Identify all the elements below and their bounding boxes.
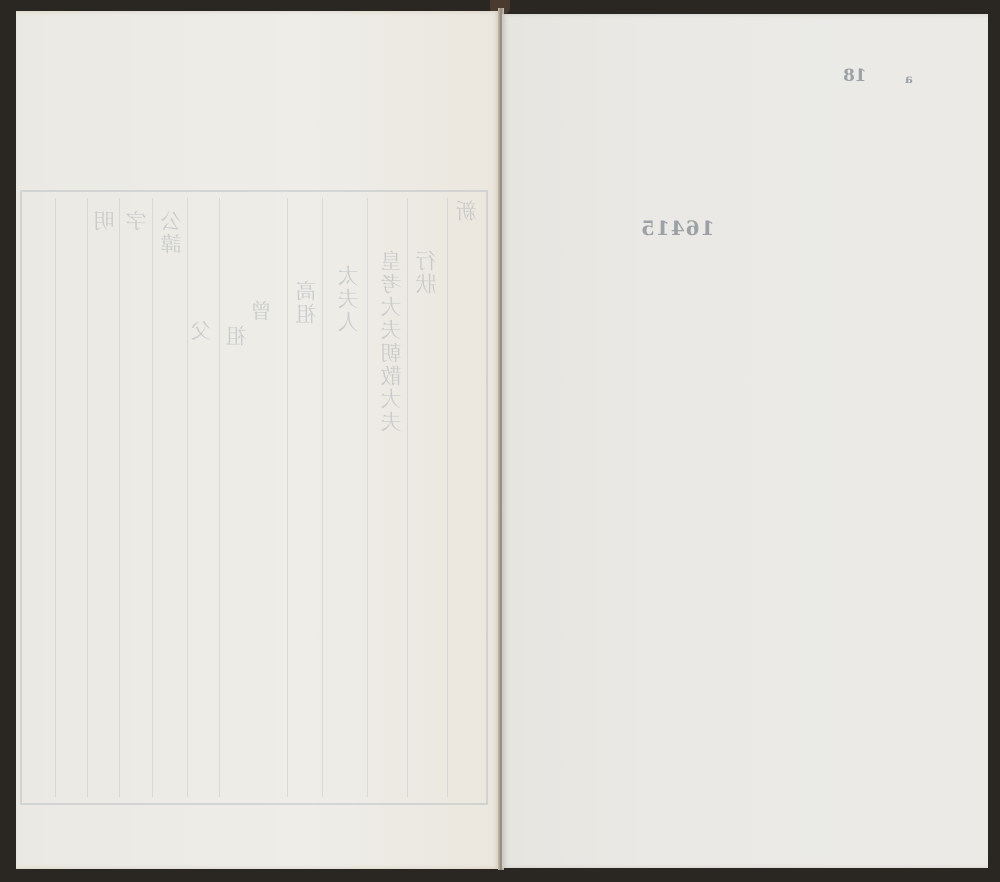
text-column: 明 bbox=[95, 210, 116, 233]
text-column: 父 bbox=[192, 320, 213, 343]
column-rule bbox=[87, 198, 88, 797]
right-page bbox=[502, 14, 988, 868]
book-spread: 新 行狀 皇考大夫朝散大夫 太夫人 高祖 曾 祖 父 公諱 字 明 18 a 1… bbox=[0, 0, 1000, 882]
column-rule bbox=[55, 198, 56, 797]
catalog-number-mark: 16415 bbox=[640, 216, 715, 240]
column-rule bbox=[407, 198, 408, 797]
text-column: 公諱 bbox=[162, 210, 183, 256]
column-rule bbox=[447, 198, 448, 797]
text-column: 字 bbox=[127, 210, 148, 233]
text-column: 祖 bbox=[227, 325, 248, 348]
page-number-mark: 18 bbox=[843, 66, 867, 86]
column-rule bbox=[219, 198, 220, 797]
text-column: 行狀 bbox=[417, 250, 438, 296]
text-column: 新 bbox=[457, 200, 478, 223]
text-column: 曾 bbox=[252, 300, 273, 323]
column-rule bbox=[152, 198, 153, 797]
column-rule bbox=[119, 198, 120, 797]
show-through-text-block: 新 行狀 皇考大夫朝散大夫 太夫人 高祖 曾 祖 父 公諱 字 明 bbox=[20, 190, 488, 805]
column-rule bbox=[187, 198, 188, 797]
column-rule bbox=[367, 198, 368, 797]
text-column: 高祖 bbox=[297, 280, 318, 326]
small-mark: a bbox=[905, 72, 913, 86]
text-column: 太夫人 bbox=[339, 265, 360, 334]
column-rule bbox=[287, 198, 288, 797]
column-rule bbox=[322, 198, 323, 797]
text-column: 皇考大夫朝散大夫 bbox=[382, 250, 403, 434]
